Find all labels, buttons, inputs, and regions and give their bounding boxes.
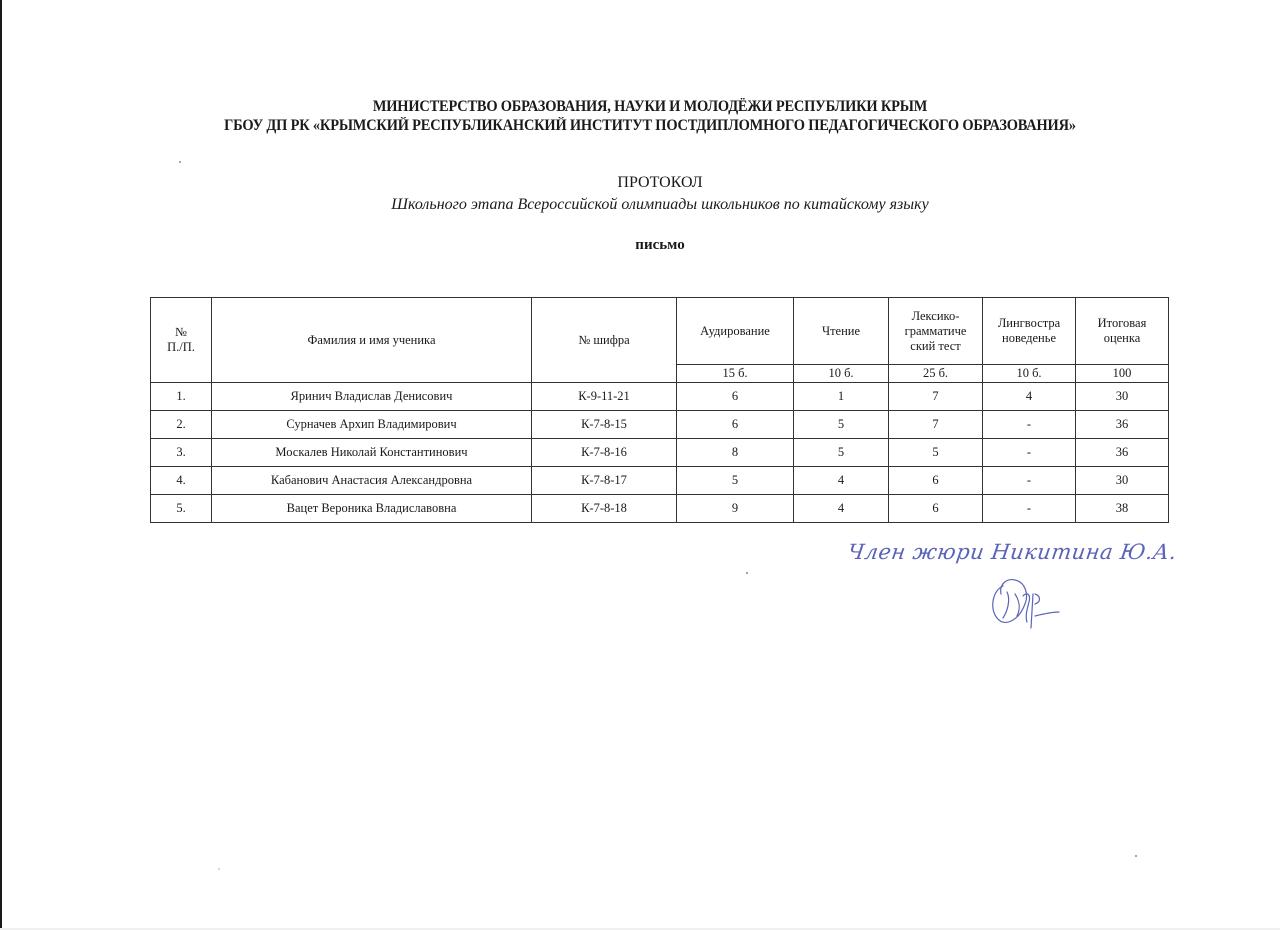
row-name: Вацет Вероника Владиславовна <box>212 495 532 523</box>
section-title: письмо <box>0 237 1280 254</box>
row-num: 5. <box>151 495 212 523</box>
row-total: 36 <box>1076 411 1169 439</box>
row-lexgram: 7 <box>889 383 983 411</box>
header-total-line2: оценка <box>1104 331 1141 345</box>
row-name: Сурначев Архип Владимирович <box>212 411 532 439</box>
scan-speck <box>218 868 220 870</box>
row-reading: 4 <box>794 495 889 523</box>
ministry-heading: МИНИСТЕРСТВО ОБРАЗОВАНИЯ, НАУКИ И МОЛОДЁ… <box>46 98 1255 116</box>
row-total: 38 <box>1076 495 1169 523</box>
row-listening: 9 <box>677 495 794 523</box>
scan-speck <box>1135 855 1137 857</box>
row-ling: - <box>983 411 1076 439</box>
table-row: 3. Москалев Николай Константинович К-7-8… <box>151 439 1169 467</box>
table-row: 4. Кабанович Анастасия Александровна К-7… <box>151 467 1169 495</box>
max-reading: 10 б. <box>794 365 889 383</box>
jury-member-signature-text: Член жюри Никитина Ю.А. <box>846 540 1178 564</box>
header-lexgram-line1: Лексико- <box>912 309 960 323</box>
row-num: 1. <box>151 383 212 411</box>
scan-speck <box>179 161 181 163</box>
header-lexgram-line2: грамматиче <box>905 324 967 338</box>
row-code: К-9-11-21 <box>532 383 677 411</box>
row-num: 2. <box>151 411 212 439</box>
row-ling: - <box>983 439 1076 467</box>
header-ling-line1: Лингвостра <box>998 316 1060 330</box>
header-num-line2: П./П. <box>167 340 195 354</box>
table-row: 2. Сурначев Архип Владимирович К-7-8-15 … <box>151 411 1169 439</box>
row-name: Москалев Николай Константинович <box>212 439 532 467</box>
row-lexgram: 7 <box>889 411 983 439</box>
max-lexgram: 25 б. <box>889 365 983 383</box>
row-listening: 5 <box>677 467 794 495</box>
header-total: Итоговая оценка <box>1076 298 1169 365</box>
row-ling: - <box>983 495 1076 523</box>
row-num: 4. <box>151 467 212 495</box>
row-ling: 4 <box>983 383 1076 411</box>
row-code: К-7-8-18 <box>532 495 677 523</box>
header-total-line1: Итоговая <box>1098 316 1147 330</box>
table-row: 1. Яринич Владислав Денисович К-9-11-21 … <box>151 383 1169 411</box>
row-total: 36 <box>1076 439 1169 467</box>
scan-left-border <box>0 0 2 930</box>
protocol-subtitle: Школьного этапа Всероссийской олимпиады … <box>0 196 1280 214</box>
row-num: 3. <box>151 439 212 467</box>
row-name: Яринич Владислав Денисович <box>212 383 532 411</box>
max-ling: 10 б. <box>983 365 1076 383</box>
row-listening: 6 <box>677 411 794 439</box>
header-ling: Лингвостра новеденье <box>983 298 1076 365</box>
header-lexgram-line3: ский тест <box>910 339 960 353</box>
scan-speck <box>746 572 748 574</box>
row-reading: 5 <box>794 439 889 467</box>
row-name: Кабанович Анастасия Александровна <box>212 467 532 495</box>
row-lexgram: 5 <box>889 439 983 467</box>
institute-heading: ГБОУ ДП РК «КРЫМСКИЙ РЕСПУБЛИКАНСКИЙ ИНС… <box>46 117 1255 135</box>
header-code: № шифра <box>532 298 677 383</box>
header-num-line1: № <box>175 325 187 339</box>
row-lexgram: 6 <box>889 467 983 495</box>
max-listening: 15 б. <box>677 365 794 383</box>
handwritten-signature-icon <box>985 572 1065 632</box>
row-reading: 5 <box>794 411 889 439</box>
row-listening: 6 <box>677 383 794 411</box>
header-num: № П./П. <box>151 298 212 383</box>
protocol-title: ПРОТОКОЛ <box>0 174 1280 192</box>
row-code: К-7-8-16 <box>532 439 677 467</box>
row-total: 30 <box>1076 383 1169 411</box>
row-listening: 8 <box>677 439 794 467</box>
row-ling: - <box>983 467 1076 495</box>
max-total: 100 <box>1076 365 1169 383</box>
results-table: № П./П. Фамилия и имя ученика № шифра Ау… <box>150 297 1169 523</box>
header-lexgram: Лексико- грамматиче ский тест <box>889 298 983 365</box>
row-reading: 4 <box>794 467 889 495</box>
table-row: 5. Вацет Вероника Владиславовна К-7-8-18… <box>151 495 1169 523</box>
header-name: Фамилия и имя ученика <box>212 298 532 383</box>
row-code: К-7-8-17 <box>532 467 677 495</box>
header-listening: Аудирование <box>677 298 794 365</box>
row-reading: 1 <box>794 383 889 411</box>
row-total: 30 <box>1076 467 1169 495</box>
row-code: К-7-8-15 <box>532 411 677 439</box>
header-reading: Чтение <box>794 298 889 365</box>
row-lexgram: 6 <box>889 495 983 523</box>
header-ling-line2: новеденье <box>1002 331 1056 345</box>
